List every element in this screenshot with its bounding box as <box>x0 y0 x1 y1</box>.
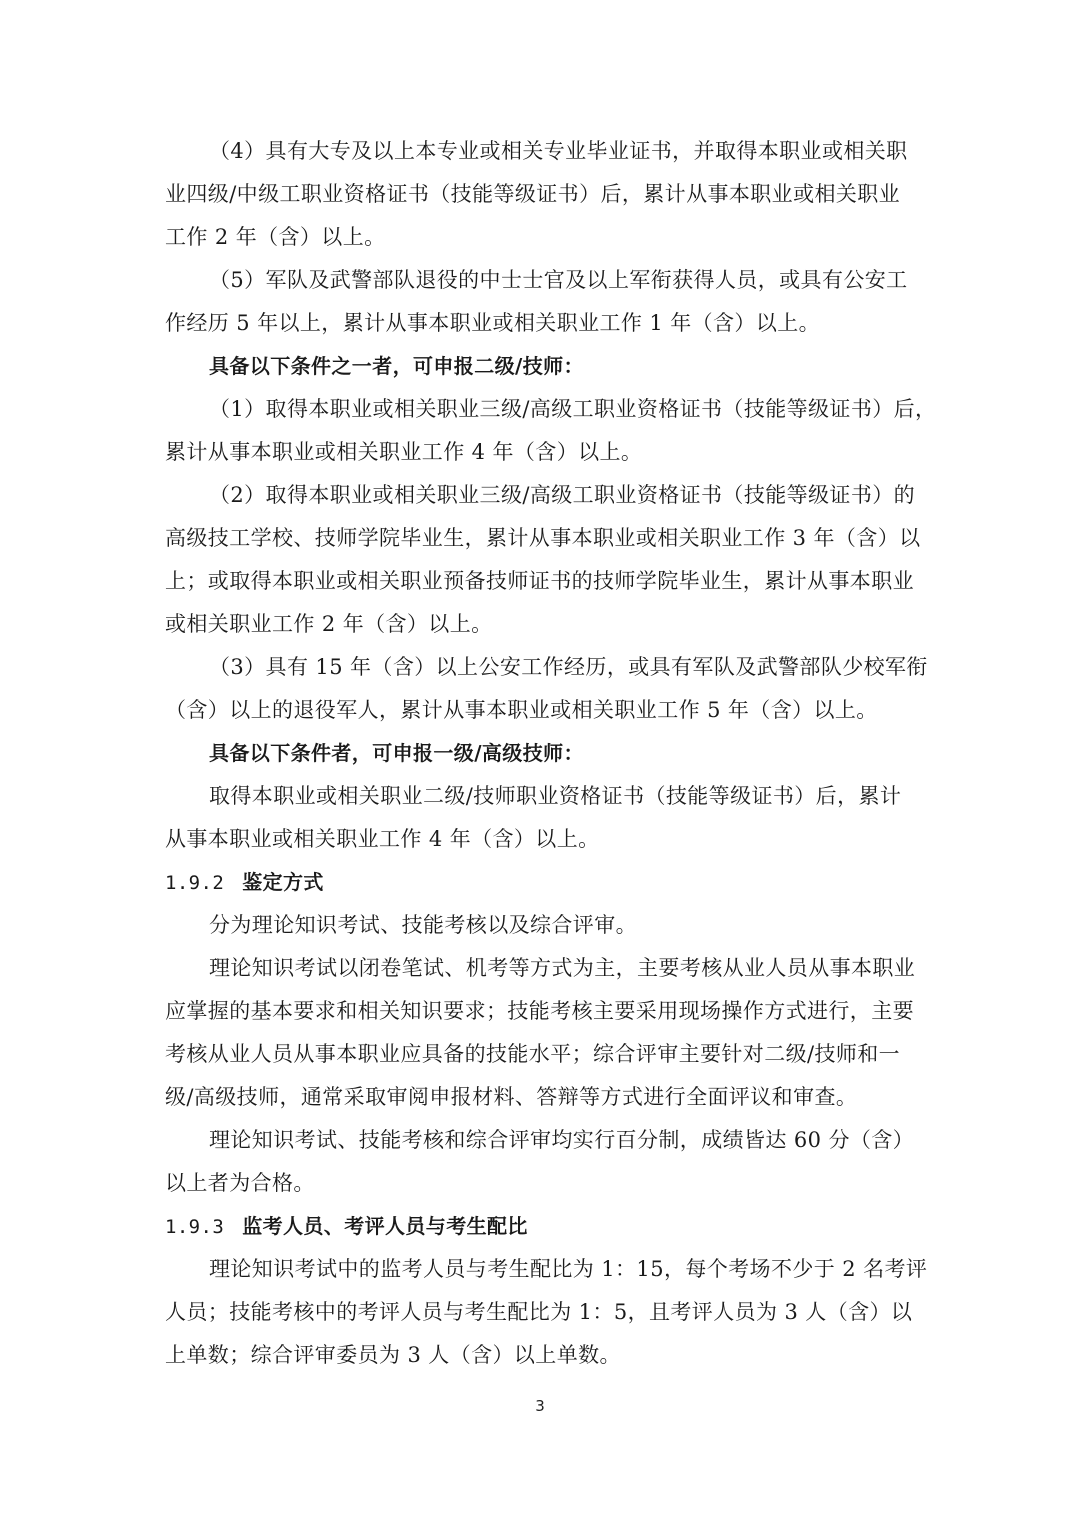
section-number: 1.9.2 <box>165 872 224 894</box>
text-line: 以上者为合格。 <box>165 1162 915 1205</box>
section-number: 1.9.3 <box>165 1216 224 1238</box>
text-line: 级/高级技师，通常采取审阅申报材料、答辩等方式进行全面评议和审查。 <box>165 1076 915 1119</box>
section-1-9-2-paragraph-1: 分为理论知识考试、技能考核以及综合评审。 <box>165 904 915 947</box>
section-title: 监考人员、考评人员与考生配比 <box>242 1214 528 1238</box>
text-line: 理论知识考试以闭卷笔试、机考等方式为主，主要考核从业人员从事本职业 <box>165 947 915 990</box>
text-line: 理论知识考试、技能考核和综合评审均实行百分制，成绩皆达 60 分（含） <box>165 1119 915 1162</box>
section-1-9-3-paragraph-1: 理论知识考试中的监考人员与考生配比为 1：15，每个考场不少于 2 名考评 人员… <box>165 1248 915 1377</box>
bold-heading-text: 具备以下条件之一者，可申报二级/技师： <box>165 345 915 388</box>
bold-heading-text: 具备以下条件者，可申报一级/高级技师： <box>165 732 915 775</box>
document-page: （4）具有大专及以上本专业或相关专业毕业证书，并取得本职业或相关职 业四级/中级… <box>165 130 915 1377</box>
text-line: 从事本职业或相关职业工作 4 年（含）以上。 <box>165 818 915 861</box>
text-line: 累计从事本职业或相关职业工作 4 年（含）以上。 <box>165 431 915 474</box>
text-line: 高级技工学校、技师学院毕业生，累计从事本职业或相关职业工作 3 年（含）以 <box>165 517 915 560</box>
text-line: 人员；技能考核中的考评人员与考生配比为 1：5，且考评人员为 3 人（含）以 <box>165 1291 915 1334</box>
page-number: 3 <box>0 1397 1080 1415</box>
level-2-criteria-heading: 具备以下条件之一者，可申报二级/技师： <box>165 345 915 388</box>
text-line: 工作 2 年（含）以上。 <box>165 216 915 259</box>
text-line: 分为理论知识考试、技能考核以及综合评审。 <box>165 904 915 947</box>
section-1-9-2-paragraph-3: 理论知识考试、技能考核和综合评审均实行百分制，成绩皆达 60 分（含） 以上者为… <box>165 1119 915 1205</box>
text-line: 或相关职业工作 2 年（含）以上。 <box>165 603 915 646</box>
text-line: （2）取得本职业或相关职业三级/高级工职业资格证书（技能等级证书）的 <box>165 474 915 517</box>
level-2-item-1: （1）取得本职业或相关职业三级/高级工职业资格证书（技能等级证书）后， 累计从事… <box>165 388 915 474</box>
level-1-criteria-heading: 具备以下条件者，可申报一级/高级技师： <box>165 732 915 775</box>
text-line: 理论知识考试中的监考人员与考生配比为 1：15，每个考场不少于 2 名考评 <box>165 1248 915 1291</box>
section-title: 鉴定方式 <box>242 870 324 894</box>
text-line: （5）军队及武警部队退役的中士士官及以上军衔获得人员，或具有公安工 <box>165 259 915 302</box>
text-line: 业四级/中级工职业资格证书（技能等级证书）后，累计从事本职业或相关职业 <box>165 173 915 216</box>
text-line: 上；或取得本职业或相关职业预备技师证书的技师学院毕业生，累计从事本职业 <box>165 560 915 603</box>
text-line: 取得本职业或相关职业二级/技师职业资格证书（技能等级证书）后，累计 <box>165 775 915 818</box>
text-line: 应掌握的基本要求和相关知识要求；技能考核主要采用现场操作方式进行，主要 <box>165 990 915 1033</box>
text-line: （含）以上的退役军人，累计从事本职业或相关职业工作 5 年（含）以上。 <box>165 689 915 732</box>
level-2-item-3: （3）具有 15 年（含）以上公安工作经历，或具有军队及武警部队少校军衔 （含）… <box>165 646 915 732</box>
paragraph-item-5: （5）军队及武警部队退役的中士士官及以上军衔获得人员，或具有公安工 作经历 5 … <box>165 259 915 345</box>
level-2-item-2: （2）取得本职业或相关职业三级/高级工职业资格证书（技能等级证书）的 高级技工学… <box>165 474 915 646</box>
text-line: （3）具有 15 年（含）以上公安工作经历，或具有军队及武警部队少校军衔 <box>165 646 915 689</box>
text-line: 作经历 5 年以上，累计从事本职业或相关职业工作 1 年（含）以上。 <box>165 302 915 345</box>
section-heading-1-9-3: 1.9.3监考人员、考评人员与考生配比 <box>165 1205 915 1248</box>
text-line: 考核从业人员从事本职业应具备的技能水平；综合评审主要针对二级/技师和一 <box>165 1033 915 1076</box>
section-heading-1-9-2: 1.9.2鉴定方式 <box>165 861 915 904</box>
text-line: （4）具有大专及以上本专业或相关专业毕业证书，并取得本职业或相关职 <box>165 130 915 173</box>
level-1-item: 取得本职业或相关职业二级/技师职业资格证书（技能等级证书）后，累计 从事本职业或… <box>165 775 915 861</box>
text-line: （1）取得本职业或相关职业三级/高级工职业资格证书（技能等级证书）后， <box>165 388 915 431</box>
paragraph-item-4: （4）具有大专及以上本专业或相关专业毕业证书，并取得本职业或相关职 业四级/中级… <box>165 130 915 259</box>
section-1-9-2-paragraph-2: 理论知识考试以闭卷笔试、机考等方式为主，主要考核从业人员从事本职业 应掌握的基本… <box>165 947 915 1119</box>
text-line: 上单数；综合评审委员为 3 人（含）以上单数。 <box>165 1334 915 1377</box>
